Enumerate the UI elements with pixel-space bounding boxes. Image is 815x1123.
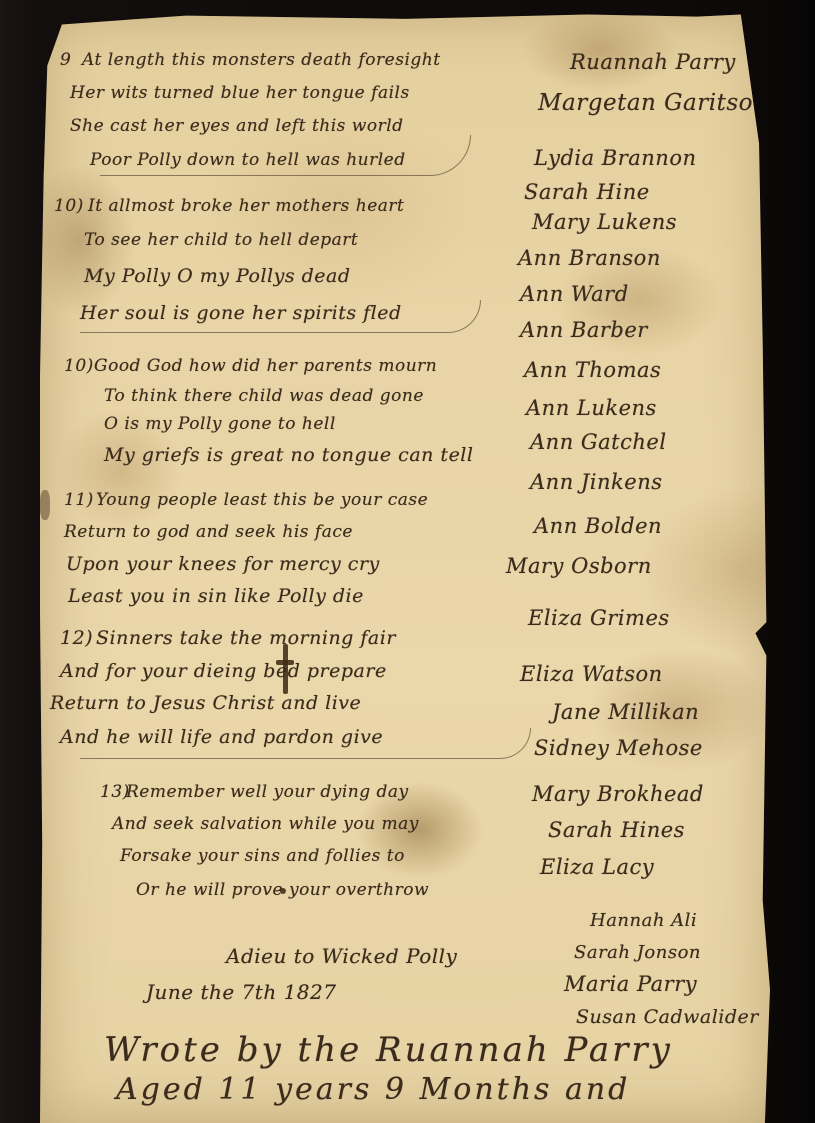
name-entry: Ann Ward	[520, 282, 629, 306]
name-entry: Mary Osborn	[506, 554, 652, 578]
flourish	[100, 135, 471, 176]
verse-11-line-1: Young people least this be your case	[96, 490, 428, 510]
verse-10-line-1: It allmost broke her mothers heart	[88, 196, 404, 216]
name-entry: Eliza Watson	[520, 662, 663, 686]
name-entry: Ann Barber	[520, 318, 648, 342]
name-entry: Ann Gatchel	[530, 430, 667, 454]
verse-10b-line-4: My griefs is great no tongue can tell	[104, 444, 473, 466]
ink-blot	[34, 60, 42, 68]
name-entry: Mary Brokhead	[532, 782, 704, 806]
manuscript-page: 9 At length this monsters death foresigh…	[40, 10, 770, 1123]
name-entry: Ann Bolden	[534, 514, 662, 538]
name-entry: Ann Thomas	[524, 358, 661, 382]
flourish	[80, 728, 531, 759]
name-entry: Lydia Brannon	[534, 146, 697, 170]
verse-10b-number: 10)	[64, 356, 94, 376]
verse-9-line-2: Her wits turned blue her tongue fails	[70, 83, 410, 103]
name-entry: Jane Millikan	[552, 700, 699, 724]
verse-11-line-4: Least you in sin like Polly die	[68, 585, 364, 607]
verse-9-line-1: At length this monsters death foresight	[82, 50, 441, 70]
verse-10-line-2: To see her child to hell depart	[84, 230, 358, 250]
name-entry: Eliza Lacy	[540, 855, 654, 879]
name-entry: Susan Cadwalider	[576, 1006, 759, 1028]
name-entry: Hannah Ali	[590, 910, 697, 931]
verse-11-line-2: Return to god and seek his face	[64, 522, 353, 542]
verse-11-number: 11)	[64, 490, 94, 510]
signature-line-1: Wrote by the Ruannah Parry	[104, 1030, 673, 1070]
flourish	[80, 300, 481, 333]
name-entry: Eliza Grimes	[528, 606, 670, 630]
scan-background: 9 At length this monsters death foresigh…	[0, 0, 815, 1123]
closing-adieu: Adieu to Wicked Polly	[226, 944, 457, 968]
verse-12-number: 12)	[60, 627, 93, 649]
name-entry: Ann Lukens	[526, 396, 657, 420]
name-entry: Sarah Jonson	[574, 942, 701, 963]
verse-10-number: 10)	[54, 196, 84, 216]
name-entry: Sarah Hines	[548, 818, 685, 842]
verse-10b-line-1: Good God how did her parents mourn	[94, 356, 437, 376]
ink-blot	[40, 490, 50, 520]
name-entry: Margetan Garitson	[538, 90, 768, 116]
verse-9-line-3: She cast her eyes and left this world	[70, 116, 404, 136]
name-entry: Sarah Hine	[524, 180, 650, 204]
verse-13-line-2: And seek salvation while you may	[112, 814, 419, 834]
verse-10b-line-2: To think there child was dead gone	[104, 386, 424, 406]
verse-9-number: 9	[60, 50, 71, 70]
verse-10-line-3: My Polly O my Pollys dead	[84, 265, 351, 287]
closing-date: June the 7th 1827	[146, 980, 336, 1004]
verse-13-line-1: Remember well your dying day	[126, 782, 409, 802]
name-entry: Mary Lukens	[532, 210, 677, 234]
verse-12-line-2: And for your dieing bed prepare	[60, 660, 387, 682]
name-entry: Sidney Mehose	[534, 736, 703, 760]
name-entry: Ruannah Parry	[570, 50, 736, 74]
verse-13-line-3: Forsake your sins and follies to	[120, 846, 405, 866]
name-entry: Ann Jinkens	[530, 470, 663, 494]
verse-12-line-3: Return to Jesus Christ and live	[50, 692, 361, 714]
name-entry: Maria Parry	[564, 972, 697, 996]
name-entry: Ann Branson	[518, 246, 661, 270]
verse-10b-line-3: O is my Polly gone to hell	[104, 414, 336, 434]
verse-13-line-4: Or he will prove your overthrow	[136, 880, 429, 900]
verse-11-line-3: Upon your knees for mercy cry	[66, 553, 380, 575]
verse-12-line-1: Sinners take the morning fair	[96, 627, 396, 649]
signature-line-2: Aged 11 years 9 Months and	[116, 1072, 630, 1107]
